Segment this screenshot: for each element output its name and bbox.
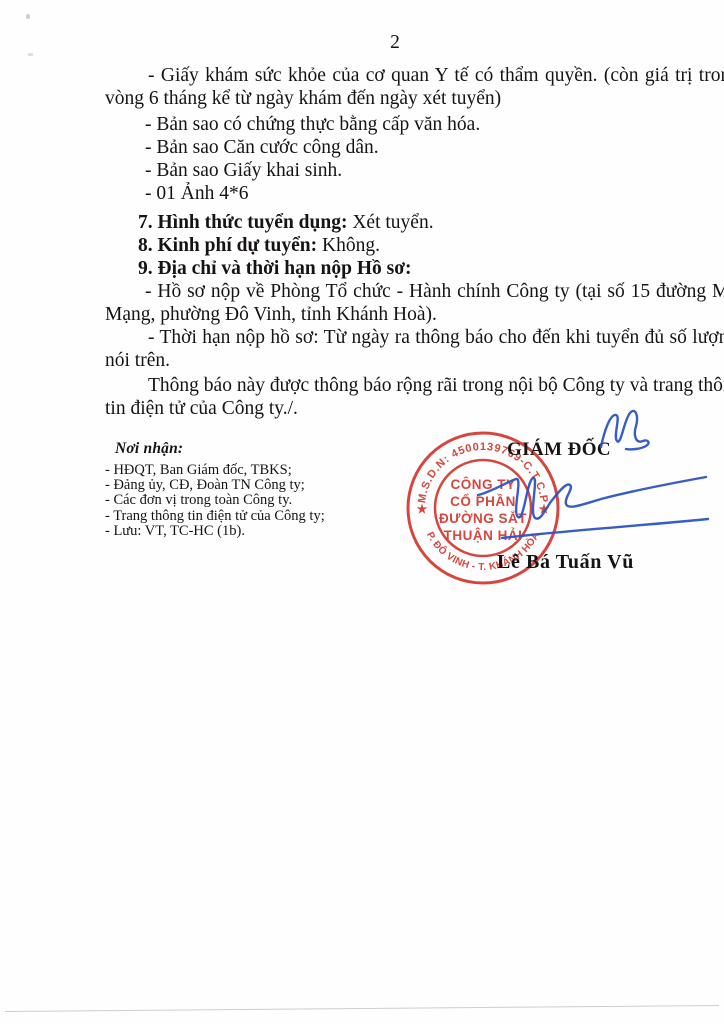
body-line: Thông báo này được thông báo rộng rãi tr… [105, 374, 685, 397]
body-line: - Bản sao Giấy khai sinh. [105, 159, 685, 182]
body-text-bold: 7. Hình thức tuyển dụng: [138, 212, 352, 233]
body-text: Không. [322, 235, 380, 256]
page-number: 2 [105, 32, 685, 53]
body-line: vòng 6 tháng kể từ ngày khám đến ngày xé… [105, 87, 685, 110]
body-line: 9. Địa chỉ và thời hạn nộp Hồ sơ: [105, 257, 685, 280]
scan-edge-line [5, 1005, 719, 1012]
body-text-bold: 9. Địa chỉ và thời hạn nộp Hồ sơ: [138, 258, 412, 279]
signature-underline [502, 519, 708, 538]
body-line: Mạng, phường Đô Vinh, tỉnh Khánh Hoà). [105, 303, 685, 326]
body-line: - 01 Ảnh 4*6 [105, 182, 685, 205]
body-text: - Bản sao Giấy khai sinh. [145, 160, 342, 181]
body-text: - 01 Ảnh 4*6 [145, 183, 248, 204]
body-text: Xét tuyển. [352, 212, 433, 233]
body-line: - Giấy khám sức khỏe của cơ quan Y tế có… [105, 64, 685, 87]
scan-speck [28, 53, 33, 56]
body-line: - Thời hạn nộp hồ sơ: Từ ngày ra thông b… [105, 326, 685, 349]
body-line: - Bản sao Căn cước công dân. [105, 136, 685, 159]
body-line: 7. Hình thức tuyển dụng: Xét tuyển. [105, 211, 685, 234]
document-body: - Giấy khám sức khỏe của cơ quan Y tế có… [105, 64, 685, 420]
signer-name: Lê Bá Tuấn Vũ [497, 551, 634, 574]
body-text-bold: 8. Kinh phí dự tuyển: [138, 235, 322, 256]
scan-speck [26, 14, 30, 19]
body-line: 8. Kinh phí dự tuyển: Không. [105, 234, 685, 257]
body-text: nói trên. [105, 350, 170, 371]
body-text: - Bản sao Căn cước công dân. [145, 137, 379, 158]
body-text: Mạng, phường Đô Vinh, tỉnh Khánh Hoà). [105, 304, 437, 325]
stamp-star-left-icon: ★ [417, 502, 428, 516]
signature-flourish [601, 411, 649, 449]
body-line: - Bản sao có chứng thực bằng cấp văn hóa… [105, 113, 685, 136]
body-text: vòng 6 tháng kể từ ngày khám đến ngày xé… [105, 88, 501, 109]
body-line: nói trên. [105, 349, 685, 372]
body-text: - Bản sao có chứng thực bằng cấp văn hóa… [145, 114, 480, 135]
body-text: - Thời hạn nộp hồ sơ: Từ ngày ra thông b… [148, 327, 724, 348]
body-text: Thông báo này được thông báo rộng rãi tr… [148, 375, 724, 396]
signature-main-stroke [478, 477, 706, 519]
body-text: tin điện tử của Công ty./. [105, 398, 298, 419]
body-text: - Giấy khám sức khỏe của cơ quan Y tế có… [148, 65, 724, 86]
document-page: 2 - Giấy khám sức khỏe của cơ quan Y tế … [0, 0, 724, 1024]
body-text: - Hồ sơ nộp về Phòng Tổ chức - Hành chín… [145, 281, 724, 302]
handwritten-signature [455, 398, 723, 553]
body-line: - Hồ sơ nộp về Phòng Tổ chức - Hành chín… [105, 280, 685, 303]
